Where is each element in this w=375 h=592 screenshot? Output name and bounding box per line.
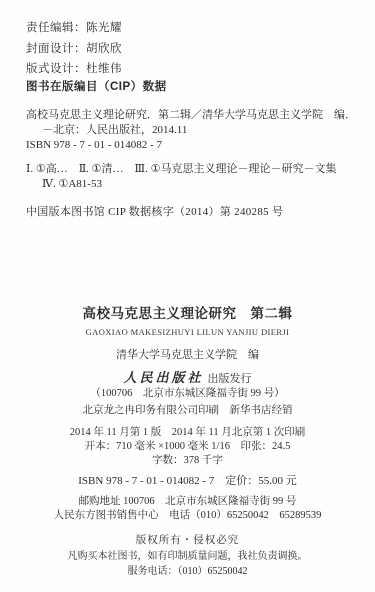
colophon-block: 高校马克思主义理论研究 第二辑 GAOXIAO MAKESIZHUYI LILU… — [0, 305, 375, 579]
cip-record-number: 中国版本图书馆 CIP 数据核字（2014）第 240285 号 — [26, 205, 361, 220]
publisher-logo: 人民出版社 — [123, 370, 203, 385]
credit-layout-design: 版式设计：杜维伟 — [26, 59, 122, 80]
cip-entry-line1: 高校马克思主义理论研究．第二辑／清华大学马克思主义学院 编． — [26, 108, 361, 123]
cip-heading: 图书在版编目（CIP）数据 — [26, 80, 361, 95]
editor-credits: 责任编辑：陈光耀 封面设计：胡欣欣 版式设计：杜维伟 — [26, 18, 122, 80]
word-count-line: 字数：378 千字 — [0, 454, 375, 468]
cip-data-block: 图书在版编目（CIP）数据 高校马克思主义理论研究．第二辑／清华大学马克思主义学… — [26, 80, 361, 220]
mail-address-line: 邮购地址 100706 北京市东城区隆福寺街 99 号 — [0, 495, 375, 509]
isbn-price-line: ISBN 978 - 7 - 01 - 014082 - 7 定价：55.00 … — [0, 474, 375, 488]
sales-phone-line: 人民东方图书销售中心 电话（010）65250042 65289539 — [0, 509, 375, 523]
cip-entry-line2: －北京：人民出版社，2014.11 — [26, 123, 361, 138]
copyright-page: 责任编辑：陈光耀 封面设计：胡欣欣 版式设计：杜维伟 图书在版编目（CIP）数据… — [0, 0, 375, 592]
exchange-policy-line: 凡购买本社图书，如有印制质量问题，我社负责调换。 — [0, 550, 375, 564]
credit-resp-editor: 责任编辑：陈光耀 — [26, 18, 122, 39]
copyright-notice: 版权所有・侵权必究 — [0, 534, 375, 548]
publisher-address: （100706 北京市东城区隆福寺街 99 号） — [0, 387, 375, 401]
format-line: 开本：710 毫米 ×1000 毫米 1/16 印张：24.5 — [0, 440, 375, 454]
printer-distributor-line: 北京龙之冉印务有限公司印刷 新华书店经销 — [0, 404, 375, 418]
compiler-line: 清华大学马克思主义学院 编 — [0, 348, 375, 362]
publisher-line: 人民出版社出版发行 — [0, 371, 375, 386]
book-title: 高校马克思主义理论研究 第二辑 — [0, 305, 375, 322]
publisher-suffix: 出版发行 — [208, 373, 252, 385]
edition-line: 2014 年 11 月第 1 版 2014 年 11 月北京第 1 次印刷 — [0, 426, 375, 440]
credit-cover-design: 封面设计：胡欣欣 — [26, 39, 122, 60]
service-phone-line: 服务电话：（010）65250042 — [0, 565, 375, 579]
book-title-pinyin: GAOXIAO MAKESIZHUYI LILUN YANJIU DIERJI — [0, 325, 375, 339]
cip-classification-line2: Ⅳ. ①A81-53 — [26, 177, 361, 192]
cip-isbn: ISBN 978 - 7 - 01 - 014082 - 7 — [26, 138, 361, 153]
cip-classification-line1: Ⅰ. ①高… Ⅱ. ①清… Ⅲ. ①马克思主义理论－理论－研究－文集 — [26, 162, 361, 177]
